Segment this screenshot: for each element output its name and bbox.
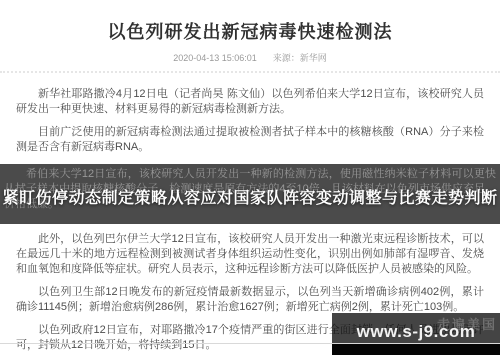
source: 来源：新华网	[273, 53, 327, 63]
article-paragraph: 目前广泛使用的新冠病毒检测法通过提取被检测者拭子样本中的核糖核酸（RNA）分子来…	[16, 125, 484, 155]
article-meta: 2020-04-13 15:06:01来源：新华网	[0, 52, 500, 64]
watermark-ghost-text: 走遍美国	[437, 314, 497, 333]
article-header: 以色列研发出新冠病毒快速检测法 2020-04-13 15:06:01来源：新华…	[0, 0, 500, 73]
ad-overlay-band: 希伯来大学12日宣布，该校研究人员开发出一种新的检测方法，使用磁性纳米粒子材料可…	[0, 164, 500, 224]
source-label: 来源：	[273, 53, 300, 63]
article-paragraph: 此外，以色列巴尔伊兰大学12日宣布，该校研究人员开发出一种激光束远程诊断技术，可…	[16, 232, 484, 277]
source-name: 新华网	[300, 53, 327, 63]
header-separator	[0, 71, 500, 73]
article-title: 以色列研发出新冠病毒快速检测法	[0, 0, 500, 45]
article-paragraph: 以色列卫生部12日晚发布的新冠疫情最新数据显示，以色列当天新增确诊病例402例，…	[16, 285, 484, 315]
news-article-page: 以色列研发出新冠病毒快速检测法 2020-04-13 15:06:01来源：新华…	[0, 0, 500, 362]
watermark-black-bar	[332, 344, 500, 355]
article-paragraph: 新华社耶路撒冷4月12日电（记者尚昊 陈文仙）以色列希伯来大学12日宣布，该校研…	[16, 87, 484, 117]
watermark-ad-box[interactable]: 走遍美国 www.s-j9.com	[332, 313, 500, 343]
publish-datetime: 2020-04-13 15:06:01	[173, 53, 257, 63]
ad-banner-text[interactable]: 紧盯伤停动态制定策略从容应对国家队阵容变动调整与比赛走势判断	[0, 187, 500, 211]
